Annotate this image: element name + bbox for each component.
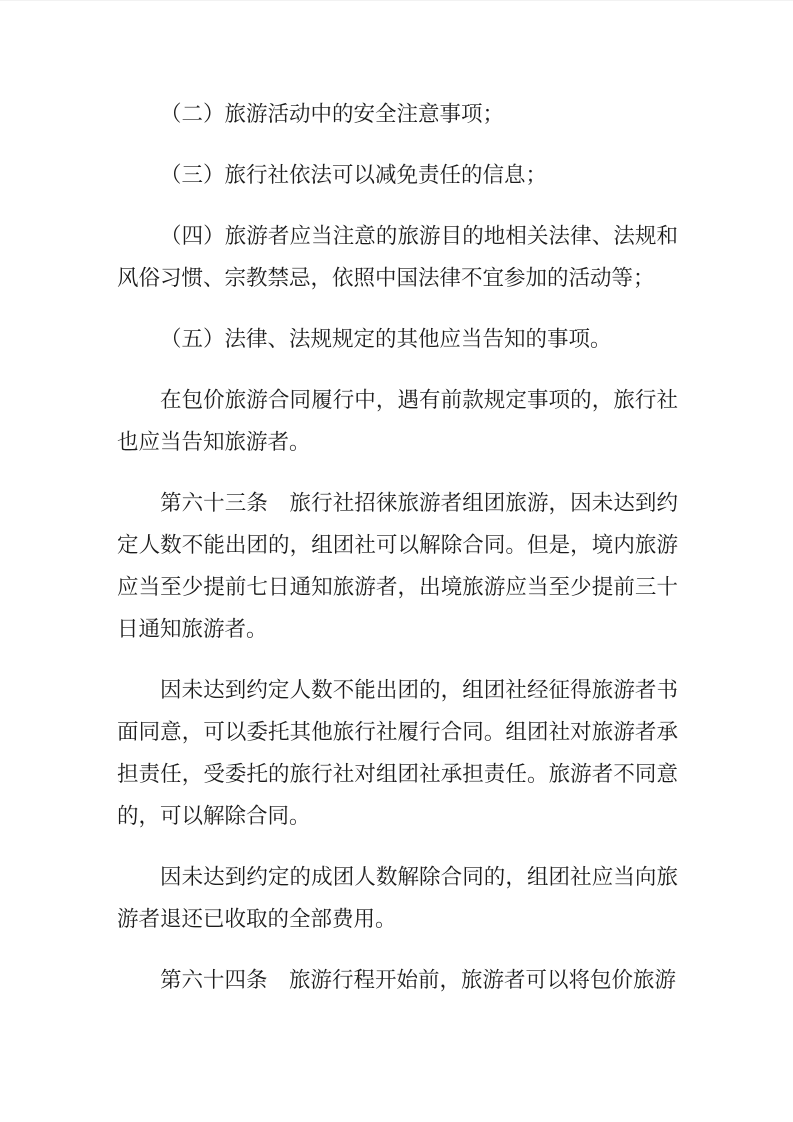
article-64-opening: 第六十四条 旅游行程开始前，旅游者可以将包价旅游: [117, 959, 678, 1001]
document-body: （二）旅游活动中的安全注意事项； （三）旅行社依法可以减免责任的信息； （四）旅…: [117, 93, 678, 1020]
document-page: （二）旅游活动中的安全注意事项； （三）旅行社依法可以减免责任的信息； （四）旅…: [0, 0, 793, 1122]
article-63-paragraph-2: 因未达到约定人数不能出团的，组团社经征得旅游者书面同意，可以委托其他旅行社履行合…: [117, 669, 678, 837]
clause-item-2: （二）旅游活动中的安全注意事项；: [117, 93, 678, 135]
clause-item-4: （四）旅游者应当注意的旅游目的地相关法律、法规和风俗习惯、宗教禁忌，依照中国法律…: [117, 215, 678, 299]
article-63-paragraph-3: 因未达到约定的成团人数解除合同的，组团社应当向旅游者退还已收取的全部费用。: [117, 856, 678, 940]
clause-item-5: （五）法律、法规规定的其他应当告知的事项。: [117, 318, 678, 360]
article-63-paragraph-1: 第六十三条 旅行社招徕旅游者组团旅游，因未达到约定人数不能出团的，组团社可以解除…: [117, 482, 678, 650]
clause-item-3: （三）旅行社依法可以减免责任的信息；: [117, 154, 678, 196]
paragraph-contract-notice-duty: 在包价旅游合同履行中，遇有前款规定事项的，旅行社也应当告知旅游者。: [117, 379, 678, 463]
